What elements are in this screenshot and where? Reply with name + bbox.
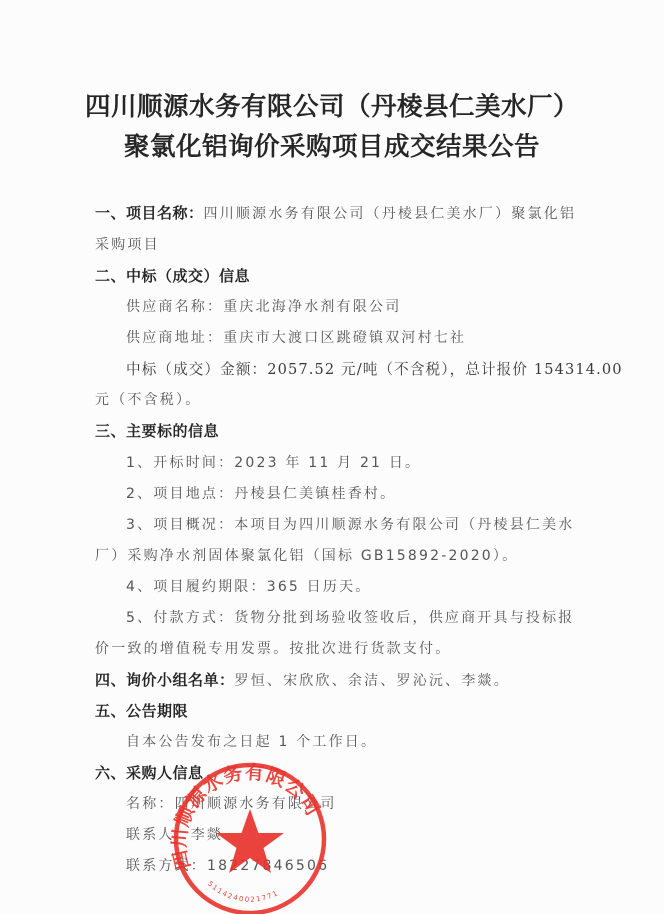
contract-period: 4、项目履约期限：365 日历天。 [126, 576, 371, 596]
purchaser-name: 名称：四川顺源水务有限公司 [126, 793, 337, 813]
project-name-continued: 采购项目 [95, 234, 160, 254]
section-heading-purchaser: 六、采购人信息 [95, 762, 204, 783]
section-heading-subject: 三、主要标的信息 [95, 420, 219, 441]
section-inquiry-group: 四、询价小组名单：罗恒、宋欣欣、余洁、罗沁沅、李燚。 [95, 669, 510, 690]
project-overview-continued: 厂）采购净水剂固体聚氯化铝（国标 GB15892-2020）。 [95, 545, 518, 565]
award-amount-continued: 元（不含税）。 [95, 389, 201, 409]
inquiry-group-members: 罗恒、宋欣欣、余洁、罗沁沅、李燚。 [235, 673, 510, 689]
section-heading: 一、项目名称： [95, 204, 204, 222]
award-amount: 中标（成交）金额：2057.52 元/吨（不含税），总计报价 154314.00 [126, 358, 623, 379]
section-project-name: 一、项目名称：四川顺源水务有限公司（丹棱县仁美水厂）聚氯化铝 [95, 202, 576, 223]
payment-method: 5、付款方式：货物分批到场验收签收后，供应商开具与投标报 [126, 607, 575, 627]
announcement-page: 四川顺源水务有限公司（丹棱县仁美水厂） 聚氯化铝询价采购项目成交结果公告 一、项… [0, 0, 664, 914]
svg-text:5114240021771: 5114240021771 [206, 880, 280, 904]
project-name-text: 四川顺源水务有限公司（丹棱县仁美水厂）聚氯化铝 [204, 206, 577, 222]
section-heading-award: 二、中标（成交）信息 [95, 265, 250, 286]
project-location: 2、项目地点：丹棱县仁美镇桂香村。 [126, 483, 396, 503]
seal-code: 5114240021771 [206, 880, 280, 904]
payment-method-continued: 价一致的增值税专用发票。按批次进行货款支付。 [95, 638, 451, 658]
title-line-2: 聚氯化铝询价采购项目成交结果公告 [0, 127, 664, 163]
purchaser-phone: 联系方式：18227846506 [126, 855, 329, 875]
supplier-name: 供应商名称：重庆北海净水剂有限公司 [126, 296, 401, 316]
purchaser-contact: 联系人：李燚 [126, 824, 223, 844]
bid-opening-time: 1、开标时间：2023 年 11 月 21 日。 [126, 452, 421, 472]
supplier-address: 供应商地址：重庆市大渡口区跳磴镇双河村七社 [126, 327, 466, 347]
title-line-1: 四川顺源水务有限公司（丹棱县仁美水厂） [0, 87, 664, 123]
announcement-period: 自本公告发布之日起 1 个工作日。 [126, 731, 377, 751]
section-heading: 四、询价小组名单： [95, 671, 235, 689]
project-overview: 3、项目概况：本项目为四川顺源水务有限公司（丹棱县仁美水 [126, 514, 575, 534]
section-heading-period: 五、公告期限 [95, 700, 188, 721]
